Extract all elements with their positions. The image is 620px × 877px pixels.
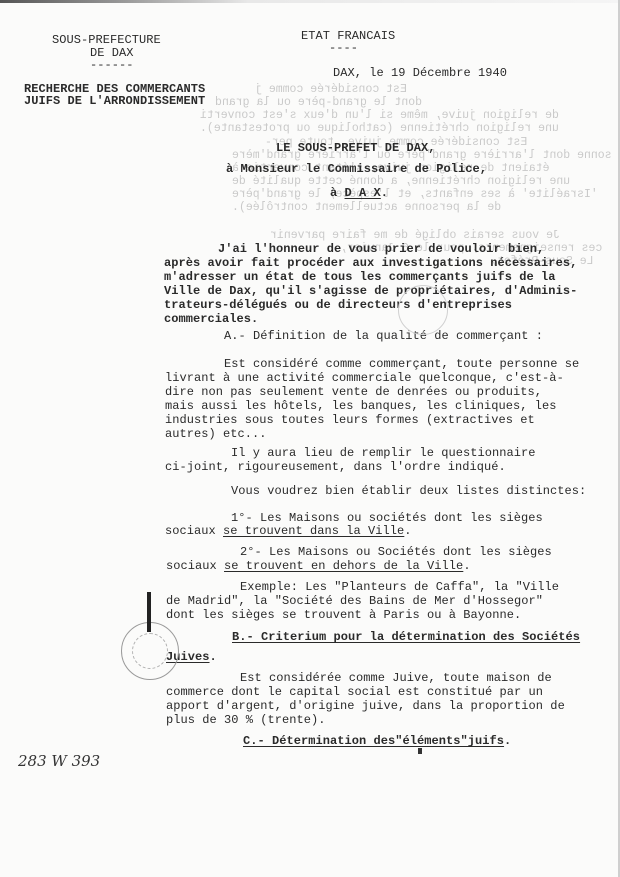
recipient: à Monsieur le Commissaire de Police, [226,162,487,176]
place-suffix: . [381,186,388,200]
section-c-heading: C.- Détermination des"éléments"juifs. [243,734,511,748]
section-c-heading-text: C.- Détermination des"éléments"juifs [243,734,504,748]
example-line: Exemple: Les "Planteurs de Caffa", la "V… [240,580,559,594]
questionnaire-line: ci-joint, rigoureusement, dans l'ordre i… [165,460,506,474]
list-2-line2: sociaux se trouvent en dehors de la Vill… [166,559,471,573]
section-b-line: plus de 30 % (trente). [166,713,326,727]
scan-edge-shadow [0,0,620,3]
bleed-through-line: de la personne actuellement contrôlée). [232,201,501,215]
section-c-heading-suffix: . [504,734,511,748]
definition-line: dire non pas seulement vente de denrées … [165,385,542,399]
stamp-inner-ring [132,633,168,669]
list-1-line: 1°- Les Maisons ou sociétés dont les siè… [231,511,543,525]
bleed-through-line: 'Israélite' à ses enfants, et l'espèce, … [232,188,598,202]
section-b-heading: B.- Criterium pour la détermination des … [232,630,580,644]
list-1-prefix: sociaux [165,524,223,538]
list-1-line2: sociaux se trouvent dans la Ville. [165,524,412,538]
bleed-through-line: de religion juive, même si l'un d'eux s'… [200,109,559,123]
bleed-through-line: une religion chrétienne, a donné cette q… [232,175,570,189]
definition-line: industries sous toutes leurs formes (ext… [165,413,535,427]
intro-line: après avoir fait procéder aux investigat… [164,256,577,270]
date-line: DAX, le 19 Décembre 1940 [333,66,507,80]
bleed-through-line: Je vous serais obligé de me faire parven… [270,229,560,243]
section-b-line: Est considérée comme Juive, toute maison… [240,671,552,685]
recipient-place: à D A X. [330,186,388,200]
section-b-line: apport d'argent, d'origine juive, dans l… [166,699,565,713]
section-b-line: commerce dont le capital social est cons… [166,685,543,699]
example-line: de Madrid", la "Société des Bains de Mer… [166,594,543,608]
definition-line: Est considéré comme commerçant, toute pe… [224,357,579,371]
subject-line: JUIFS DE L'ARRONDISSEMENT [24,94,205,108]
list-2-prefix: sociaux [166,559,224,573]
definition-line: autres) etc... [165,427,267,441]
ink-mark [147,592,151,632]
list-1-emphasis: se trouvent dans la Ville [223,524,404,538]
state-rule: ---- [329,41,358,55]
definition-line: mais aussi les hôtels, les banques, les … [165,399,557,413]
faint-stamp [398,285,448,335]
questionnaire-line: Il y aura lieu de remplir le questionnai… [231,446,536,460]
definition-line: livrant à une activité commerciale quelc… [165,371,564,385]
place-name: D A X [345,186,381,200]
bleed-through-line: Est considérée comme j [255,83,407,97]
example-line: dont les sièges se trouvent à Paris ou à… [166,608,521,622]
office-name: SOUS-PREFECTURE [52,33,161,47]
intro-line: trateurs-délégués ou de directeurs d'ent… [164,298,512,312]
section-b-heading-suffix: . [210,650,217,664]
list-2-line: 2°- Les Maisons ou Sociétés dont les siè… [240,545,552,559]
section-a-heading: A.- Définition de la qualité de commerça… [224,329,543,343]
bleed-through-line: une religion chrétienne (catholique ou p… [200,122,559,136]
intro-line: J'ai l'honneur de vous prier de vouloir … [218,242,544,256]
bleed-through-line: dont le grand-père ou la grand [215,96,422,110]
sender: LE SOUS-PREFET DE DAX, [276,141,436,155]
archive-reference: 283 W 393 [18,752,100,770]
place-prefix: à [330,186,337,200]
intro-line: commerciales. [164,312,258,326]
list-1-suffix: . [404,524,411,538]
intro-line: m'adresser un état de tous les commerçan… [164,270,556,284]
ink-blot [418,748,422,754]
list-2-suffix: . [463,559,470,573]
intro-line: Ville de Dax, qu'il s'agisse de propriét… [164,284,577,298]
office-rule: ------ [90,58,134,72]
list-2-emphasis: se trouvent en dehors de la Ville [224,559,463,573]
lists-intro: Vous voudrez bien établir deux listes di… [231,484,586,498]
